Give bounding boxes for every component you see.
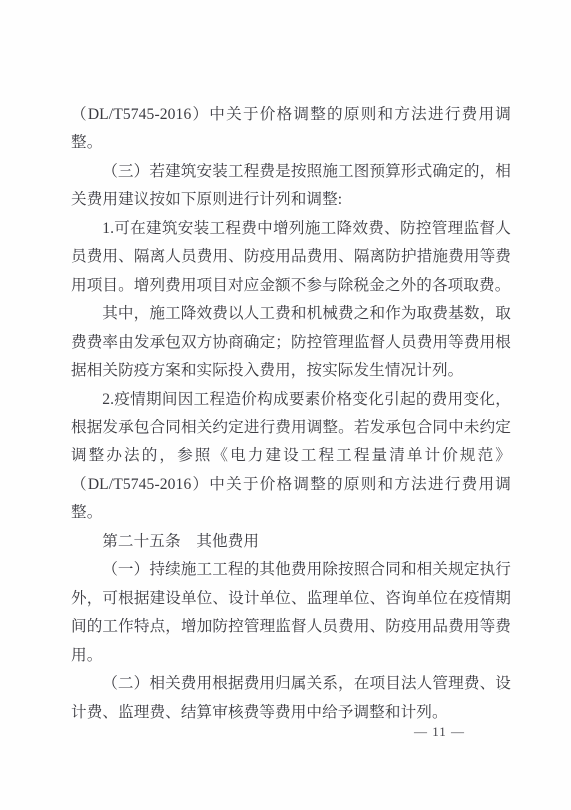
paragraph-continuation: （DL/T5745-2016）中关于价格调整的原则和方法进行费用调整。	[71, 101, 511, 158]
article-25-heading: 第二十五条 其他费用	[71, 528, 511, 556]
paragraph-item-2: （二）相关费用根据费用归属关系，在项目法人管理费、设计费、监理费、结算审核费等费…	[71, 670, 511, 727]
paragraph-item-1: （一）持续施工工程的其他费用除按照合同和相关规定执行外，可根据建设单位、设计单位…	[71, 556, 511, 670]
paragraph-clause-1-detail: 其中，施工降效费以人工费和机械费之和作为取费基数，取费费率由发承包双方协商确定；…	[71, 300, 511, 385]
paragraph-clause-2: 2.疫情期间因工程造价构成要素价格变化引起的费用变化，根据发承包合同相关约定进行…	[71, 386, 511, 528]
paragraph-item-3: （三）若建筑安装工程费是按照施工图预算形式确定的，相关费用建议按如下原则进行计列…	[71, 158, 511, 215]
paragraph-clause-1: 1.可在建筑安装工程费中增列施工降效费、防控管理监督人员费用、隔离人员费用、防疫…	[71, 215, 511, 300]
document-body-text: （DL/T5745-2016）中关于价格调整的原则和方法进行费用调整。 （三）若…	[71, 101, 511, 727]
page-number: — 11 —	[414, 724, 474, 740]
document-page: （DL/T5745-2016）中关于价格调整的原则和方法进行费用调整。 （三）若…	[0, 0, 571, 810]
